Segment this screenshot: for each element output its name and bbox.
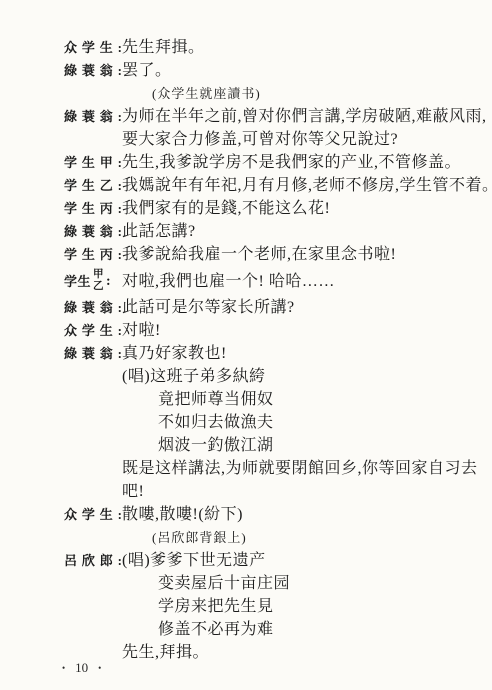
speaker-stack: 甲 乙 [93,269,104,293]
script-line: 众学生: 散嘍,散嘍!(紛下) [64,503,474,526]
dialog-continuation: 要大家合力修盖,可曾对你等父兄說过? [64,128,474,151]
stage-direction: (呂欣郎背銀上) [64,526,474,549]
page-number: • 10 • [52,660,111,676]
script-line: 学生乙: 我媽說年有年祀,月有月修,老师不修房,学生管不着。 [64,174,474,197]
dialog-continuation: 既是这样講法,为师就要閉館回乡,你等回家自习去 [64,457,474,480]
script-line: 学生甲: 先生,我爹說学房不是我們家的产业,不管修盖。 [64,151,474,174]
speaker-label: 学生丙: [64,243,122,266]
speaker-label: 众学生: [64,503,122,526]
dialog-text: 先生拜揖。 [122,36,474,59]
dialog-text: 散嘍,散嘍!(紛下) [122,503,474,526]
song-verse-line: 烟波一釣傲江湖 [64,434,474,457]
speaker-label: 綠蓑翁: [64,342,122,365]
song-verse-line: 修盖不必再为难 [64,618,474,641]
speaker-label: 呂欣郎: [64,549,122,572]
song-verse-line: 学房来把先生見 [64,595,474,618]
stage-direction: (众学生就座讀书) [64,82,474,105]
speaker-label: 綠蓑翁: [64,296,122,319]
speaker-label: 众学生: [64,36,122,59]
dialog-text: 罢了。 [122,59,474,82]
page-number-dot-left: • [62,663,65,673]
script-line: 学生丙: 我爹說給我雇一个老师,在家里念书啦! [64,243,474,266]
dialog-text: 我媽說年有年祀,月有月修,老师不修房,学生管不着。 [122,174,492,197]
speaker-stack-bottom: 乙 [93,281,104,293]
dialog-text: 为师在半年之前,曾对你們言講,学房破陋,难蔽风雨, [122,105,487,128]
script-line: 綠蓑翁: 为师在半年之前,曾对你們言講,学房破陋,难蔽风雨, [64,105,474,128]
script-line: 呂欣郎: (唱)爹爹下世无遗产 [64,549,474,572]
script-line-stacked-speakers: 学生 甲 乙 : 对啦,我們也雇一个! 哈哈…… [64,266,474,296]
script-line: 綠蓑翁: 真乃好家教也! [64,342,474,365]
speaker-base: 学生 [64,270,91,293]
song-opening-line: (唱)这班子弟多紈絝 [64,365,474,388]
script-body: 众学生: 先生拜揖。 綠蓑翁: 罢了。 (众学生就座讀书) 綠蓑翁: 为师在半年… [64,36,474,664]
script-line: 众学生: 对啦! [64,319,474,342]
speaker-label: 学生乙: [64,174,122,197]
script-line: 綠蓑翁: 此話怎講? [64,220,474,243]
script-line: 学生丙: 我們家有的是錢,不能这么花! [64,197,474,220]
page-number-dot-right: • [98,663,101,673]
speaker-label: 学生甲: [64,151,122,174]
dialog-continuation: 吧! [64,480,474,503]
speaker-label: 众学生: [64,319,122,342]
dialog-text: 真乃好家教也! [122,342,474,365]
speaker-stack-top: 甲 [93,269,104,281]
dialog-text: 对啦,我們也雇一个! 哈哈…… [122,270,474,293]
speaker-colon: : [106,270,111,293]
script-line: 綠蓑翁: 此話可是尔等家长所講? [64,296,474,319]
speaker-label: 綠蓑翁: [64,59,122,82]
script-page: 众学生: 先生拜揖。 綠蓑翁: 罢了。 (众学生就座讀书) 綠蓑翁: 为师在半年… [0,0,492,690]
dialog-text: 对啦! [122,319,474,342]
dialog-continuation: 先生,拜揖。 [64,641,474,664]
dialog-text: 此話怎講? [122,220,474,243]
speaker-label: 学生丙: [64,197,122,220]
script-line: 綠蓑翁: 罢了。 [64,59,474,82]
dialog-text: 我爹說給我雇一个老师,在家里念书啦! [122,243,474,266]
dialog-text: 先生,我爹說学房不是我們家的产业,不管修盖。 [122,151,474,174]
page-number-value: 10 [75,660,88,676]
dialog-text: 此話可是尔等家长所講? [122,296,474,319]
speaker-label: 綠蓑翁: [64,220,122,243]
song-verse-line: 变卖屋后十亩庄园 [64,572,474,595]
dialog-text: 我們家有的是錢,不能这么花! [122,197,474,220]
song-verse-line: 竟把师尊当佣奴 [64,388,474,411]
speaker-label-stacked: 学生 甲 乙 : [64,269,122,293]
speaker-label: 綠蓑翁: [64,105,122,128]
script-line: 众学生: 先生拜揖。 [64,36,474,59]
song-verse-line: 不如归去做漁夫 [64,411,474,434]
dialog-text: (唱)爹爹下世无遗产 [122,549,474,572]
